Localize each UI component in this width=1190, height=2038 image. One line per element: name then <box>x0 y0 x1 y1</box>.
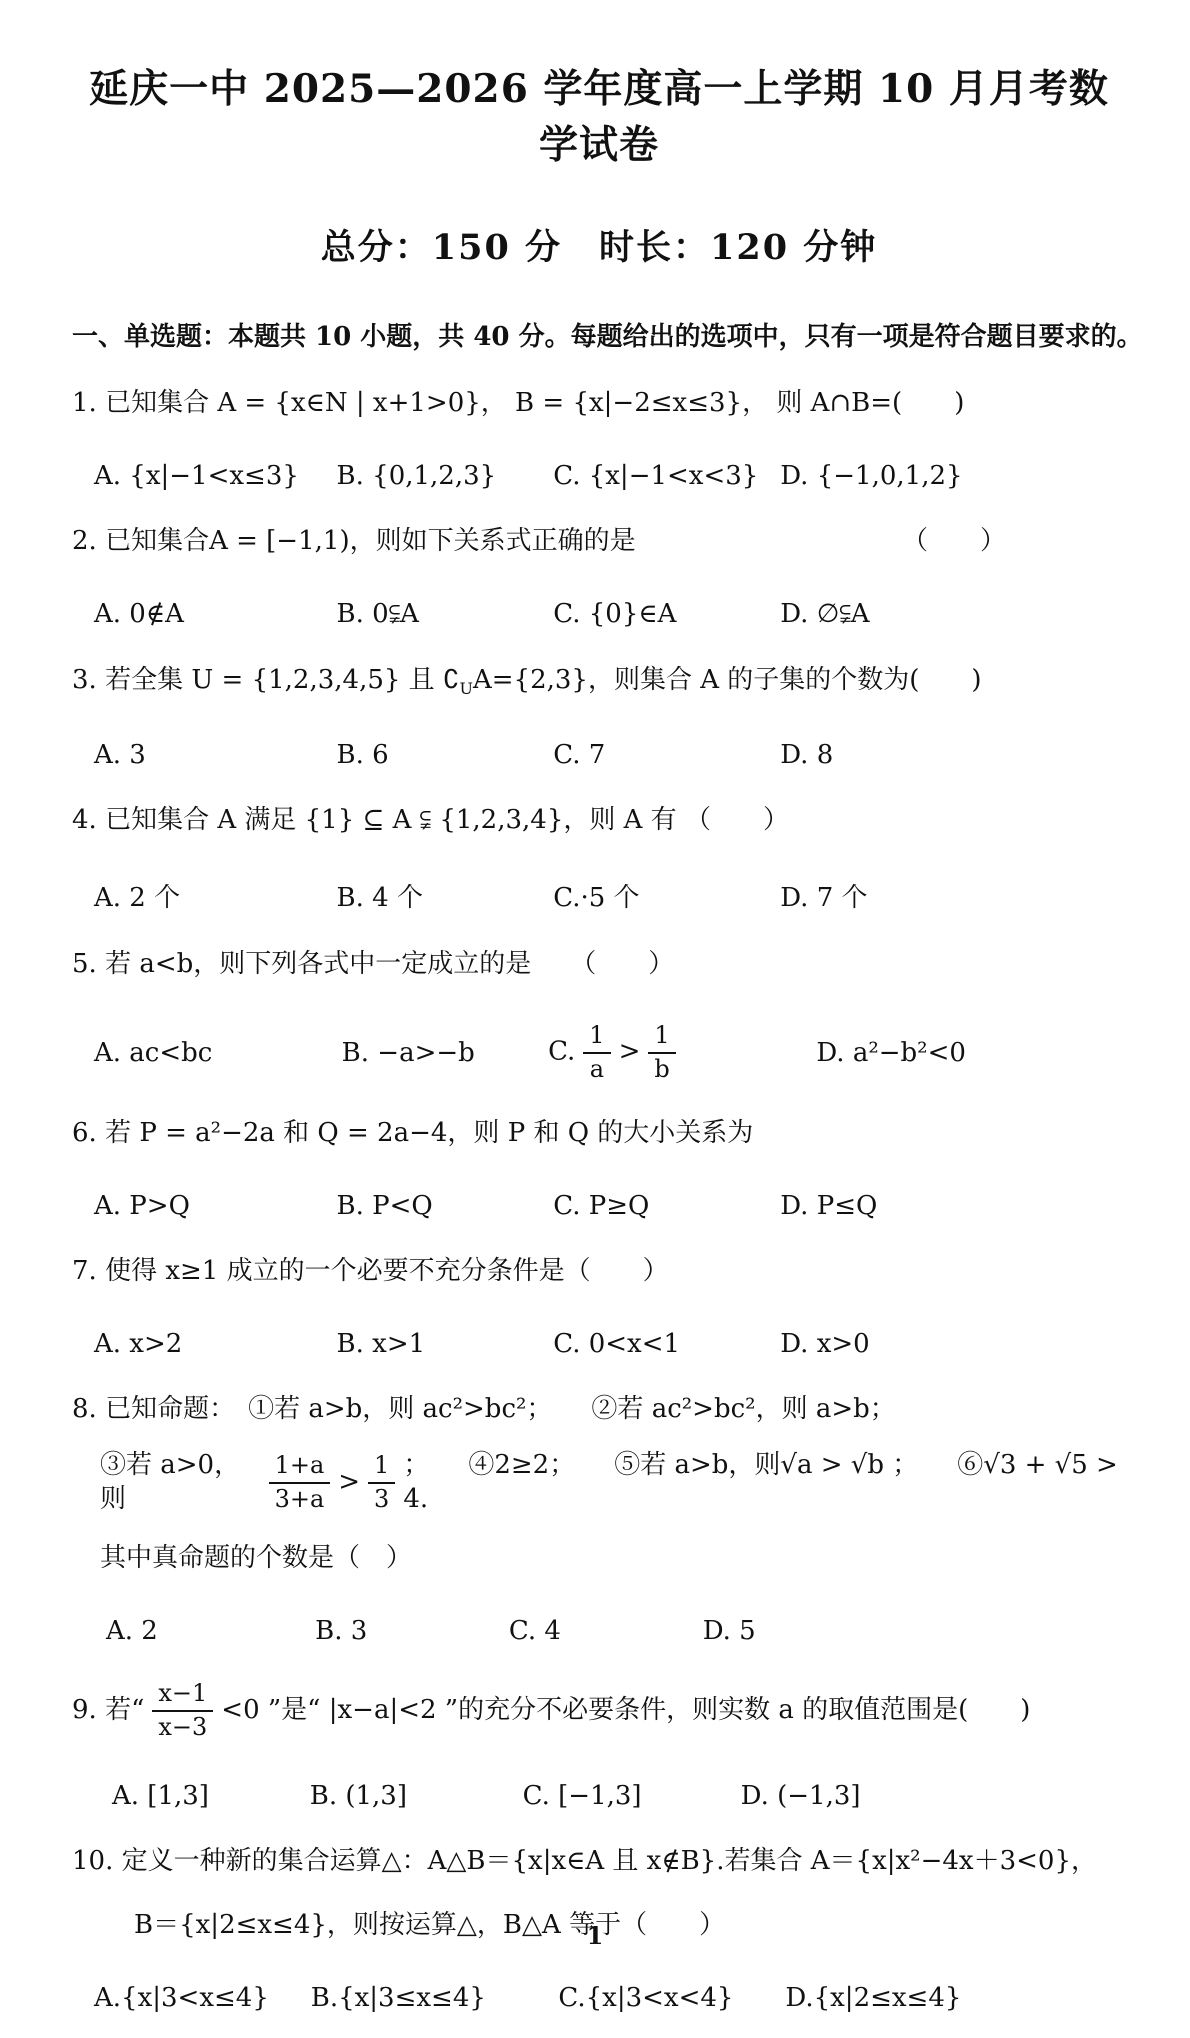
question-2-stem-text: 2. 已知集合A = [−1,1)，则如下关系式正确的是 <box>72 525 636 559</box>
question-5: 5. 若 a<b，则下列各式中一定成立的是 （ ） A. ac<bc B. −a… <box>72 948 1126 1083</box>
fraction-one-over-a: 1a <box>583 1022 610 1083</box>
question-3-option-b: B. 6 <box>337 740 554 770</box>
question-4-option-c: C.·5 个 <box>553 877 780 914</box>
question-2-option-d: D. ∅⫋A <box>780 599 1126 630</box>
question-8-line2-post: ； ④2≥2； ⑤若 a>b，则√a > √b ； ⑥√3 + √5 > 4. <box>403 1449 1126 1517</box>
question-5-option-d: D. a²−b²<0 <box>816 1038 1126 1068</box>
page-subtitle: 总分：150 分 时长：120 分钟 <box>72 220 1126 270</box>
greater-than-sign: > <box>619 1037 641 1067</box>
question-5-option-c: C.1a>1b <box>548 1022 816 1083</box>
question-2: 2. 已知集合A = [−1,1)，则如下关系式正确的是 （ ） A. 0∉A … <box>72 525 1126 630</box>
question-3-stem: 3. 若全集 U = {1,2,3,4,5} 且 ∁UA={2,3}，则集合 A… <box>72 664 1126 700</box>
question-7: 7. 使得 x≥1 成立的一个必要不充分条件是（ ） A. x>2 B. x>1… <box>72 1255 1126 1359</box>
question-9-option-c: C. [−1,3] <box>523 1781 741 1811</box>
question-8-line2-pre: ③若 a>0，则 <box>100 1449 261 1517</box>
question-9-option-a: A. [1,3] <box>112 1781 310 1811</box>
question-3-stem-pre: 3. 若全集 U = {1,2,3,4,5} 且 <box>72 665 443 695</box>
question-1-option-a: A. {x|−1<x≤3} <box>94 461 337 491</box>
question-10-option-c: C.{x|3<x<4} <box>558 1983 785 2013</box>
question-7-option-b: B. x>1 <box>337 1329 554 1359</box>
question-8-line1: 8. 已知命题： ①若 a>b，则 ac²>bc²； ②若 ac²>bc²，则 … <box>72 1393 1126 1427</box>
question-4: 4. 已知集合 A 满足 {1} ⊆ A ⫋ {1,2,3,4}，则 A 有 （… <box>72 804 1126 915</box>
question-9-option-b: B. (1,3] <box>310 1781 523 1811</box>
question-9-stem-post: <0 ”是“ |x−a|<2 ”的充分不必要条件，则实数 a 的取值范围是( ) <box>221 1694 1030 1728</box>
question-2-option-c: C. {0}∈A <box>553 599 780 629</box>
question-8: 8. 已知命题： ①若 a>b，则 ac²>bc²； ②若 ac²>bc²，则 … <box>72 1393 1126 1646</box>
question-6-option-c: C. P≥Q <box>553 1191 780 1221</box>
question-10-line1: 10. 定义一种新的集合运算△：A△B＝{x|x∈A 且 x∉B}.若集合 A＝… <box>72 1845 1126 1879</box>
question-1-option-b: B. {0,1,2,3} <box>337 461 554 491</box>
question-8-line3: 其中真命题的个数是（ ） <box>72 1542 1126 1576</box>
question-3-option-c: C. 7 <box>553 740 780 770</box>
question-4-option-b: B. 4 个 <box>337 877 554 914</box>
question-6-options: A. P>Q B. P<Q C. P≥Q D. P≤Q <box>72 1191 1126 1221</box>
exam-paper: 延庆一中 2025—2026 学年度高一上学期 10 月月考数学试卷 总分：15… <box>0 0 1190 2038</box>
question-3-option-d: D. 8 <box>780 740 1126 770</box>
question-2-stem: 2. 已知集合A = [−1,1)，则如下关系式正确的是 （ ） <box>72 525 1126 559</box>
question-1-option-d: D. {−1,0,1,2} <box>780 461 1126 491</box>
question-5-stem: 5. 若 a<b，则下列各式中一定成立的是 （ ） <box>72 948 1126 982</box>
question-2-option-a: A. 0∉A <box>94 599 337 629</box>
question-8-option-d: D. 5 <box>703 1616 1126 1646</box>
complement-symbol: ∁ <box>443 665 460 695</box>
greater-than-sign: > <box>338 1466 360 1500</box>
complement-subscript: U <box>460 679 473 698</box>
fraction-one-over-b: 1b <box>648 1022 675 1083</box>
question-10-option-b: B.{x|3≤x≤4} <box>311 1983 559 2013</box>
question-10-option-a: A.{x|3<x≤4} <box>94 1983 311 2013</box>
question-2-option-b: B. 0⫋A <box>337 599 554 630</box>
question-9-option-d: D. (−1,3] <box>741 1781 1126 1811</box>
question-3-stem-post: A={2,3}，则集合 A 的子集的个数为( ) <box>473 665 982 695</box>
question-6-option-a: A. P>Q <box>94 1191 337 1221</box>
question-3-option-a: A. 3 <box>94 740 337 770</box>
question-9-stem-pre: 9. 若“ <box>72 1694 144 1728</box>
question-7-option-c: C. 0<x<1 <box>553 1329 780 1359</box>
question-4-stem: 4. 已知集合 A 满足 {1} ⊆ A ⫋ {1,2,3,4}，则 A 有 （… <box>72 804 1126 838</box>
question-1: 1. 已知集合 A = {x∈N | x+1>0}， B = {x|−2≤x≤3… <box>72 387 1126 491</box>
question-1-stem: 1. 已知集合 A = {x∈N | x+1>0}， B = {x|−2≤x≤3… <box>72 387 1126 421</box>
question-5-options: A. ac<bc B. −a>−b C.1a>1b D. a²−b²<0 <box>72 1022 1126 1083</box>
question-5-option-b: B. −a>−b <box>342 1038 548 1068</box>
question-5-option-c-label: C. <box>548 1037 575 1067</box>
question-7-options: A. x>2 B. x>1 C. 0<x<1 D. x>0 <box>72 1329 1126 1359</box>
question-8-options: A. 2 B. 3 C. 4 D. 5 <box>72 1616 1126 1646</box>
question-4-option-a: A. 2 个 <box>94 877 337 914</box>
question-6-option-d: D. P≤Q <box>780 1191 1126 1221</box>
question-1-option-c: C. {x|−1<x<3} <box>553 461 780 491</box>
question-8-line2: ③若 a>0，则1+a3+a>13； ④2≥2； ⑤若 a>b，则√a > √b… <box>72 1449 1126 1517</box>
question-10-option-d: D.{x|2≤x≤4} <box>785 1983 1126 2013</box>
question-6: 6. 若 P = a²−2a 和 Q = 2a−4，则 P 和 Q 的大小关系为… <box>72 1117 1126 1221</box>
question-1-options: A. {x|−1<x≤3} B. {0,1,2,3} C. {x|−1<x<3}… <box>72 461 1126 491</box>
fraction-xminus1-over-xminus3: x−1x−3 <box>152 1680 213 1741</box>
question-9-stem: 9. 若“x−1x−3<0 ”是“ |x−a|<2 ”的充分不必要条件，则实数 … <box>72 1680 1126 1741</box>
question-4-option-d: D. 7 个 <box>780 877 1126 914</box>
question-7-option-d: D. x>0 <box>780 1329 1126 1359</box>
question-9-options: A. [1,3] B. (1,3] C. [−1,3] D. (−1,3] <box>72 1781 1126 1811</box>
question-7-option-a: A. x>2 <box>94 1329 337 1359</box>
question-6-stem: 6. 若 P = a²−2a 和 Q = 2a−4，则 P 和 Q 的大小关系为 <box>72 1117 1126 1151</box>
section-heading: 一、单选题：本题共 10 小题，共 40 分。每题给出的选项中，只有一项是符合题… <box>72 316 1126 353</box>
question-3-options: A. 3 B. 6 C. 7 D. 8 <box>72 740 1126 770</box>
question-6-option-b: B. P<Q <box>337 1191 554 1221</box>
question-7-stem: 7. 使得 x≥1 成立的一个必要不充分条件是（ ） <box>72 1255 1126 1289</box>
question-10-options: A.{x|3<x≤4} B.{x|3≤x≤4} C.{x|3<x<4} D.{x… <box>72 1983 1126 2013</box>
question-2-answer-paren: （ ） <box>902 525 1006 559</box>
question-4-options: A. 2 个 B. 4 个 C.·5 个 D. 7 个 <box>72 877 1126 914</box>
question-3: 3. 若全集 U = {1,2,3,4,5} 且 ∁UA={2,3}，则集合 A… <box>72 664 1126 770</box>
page-title: 延庆一中 2025—2026 学年度高一上学期 10 月月考数学试卷 <box>72 58 1126 170</box>
question-9: 9. 若“x−1x−3<0 ”是“ |x−a|<2 ”的充分不必要条件，则实数 … <box>72 1680 1126 1811</box>
question-2-options: A. 0∉A B. 0⫋A C. {0}∈A D. ∅⫋A <box>72 599 1126 630</box>
fraction-1plusa-over-3plusa: 1+a3+a <box>269 1452 331 1513</box>
question-8-option-a: A. 2 <box>106 1616 315 1646</box>
question-8-option-b: B. 3 <box>315 1616 509 1646</box>
page-number: 1 <box>587 1921 604 1950</box>
question-8-option-c: C. 4 <box>509 1616 703 1646</box>
fraction-one-third: 13 <box>368 1452 395 1513</box>
question-5-option-a: A. ac<bc <box>94 1038 342 1068</box>
